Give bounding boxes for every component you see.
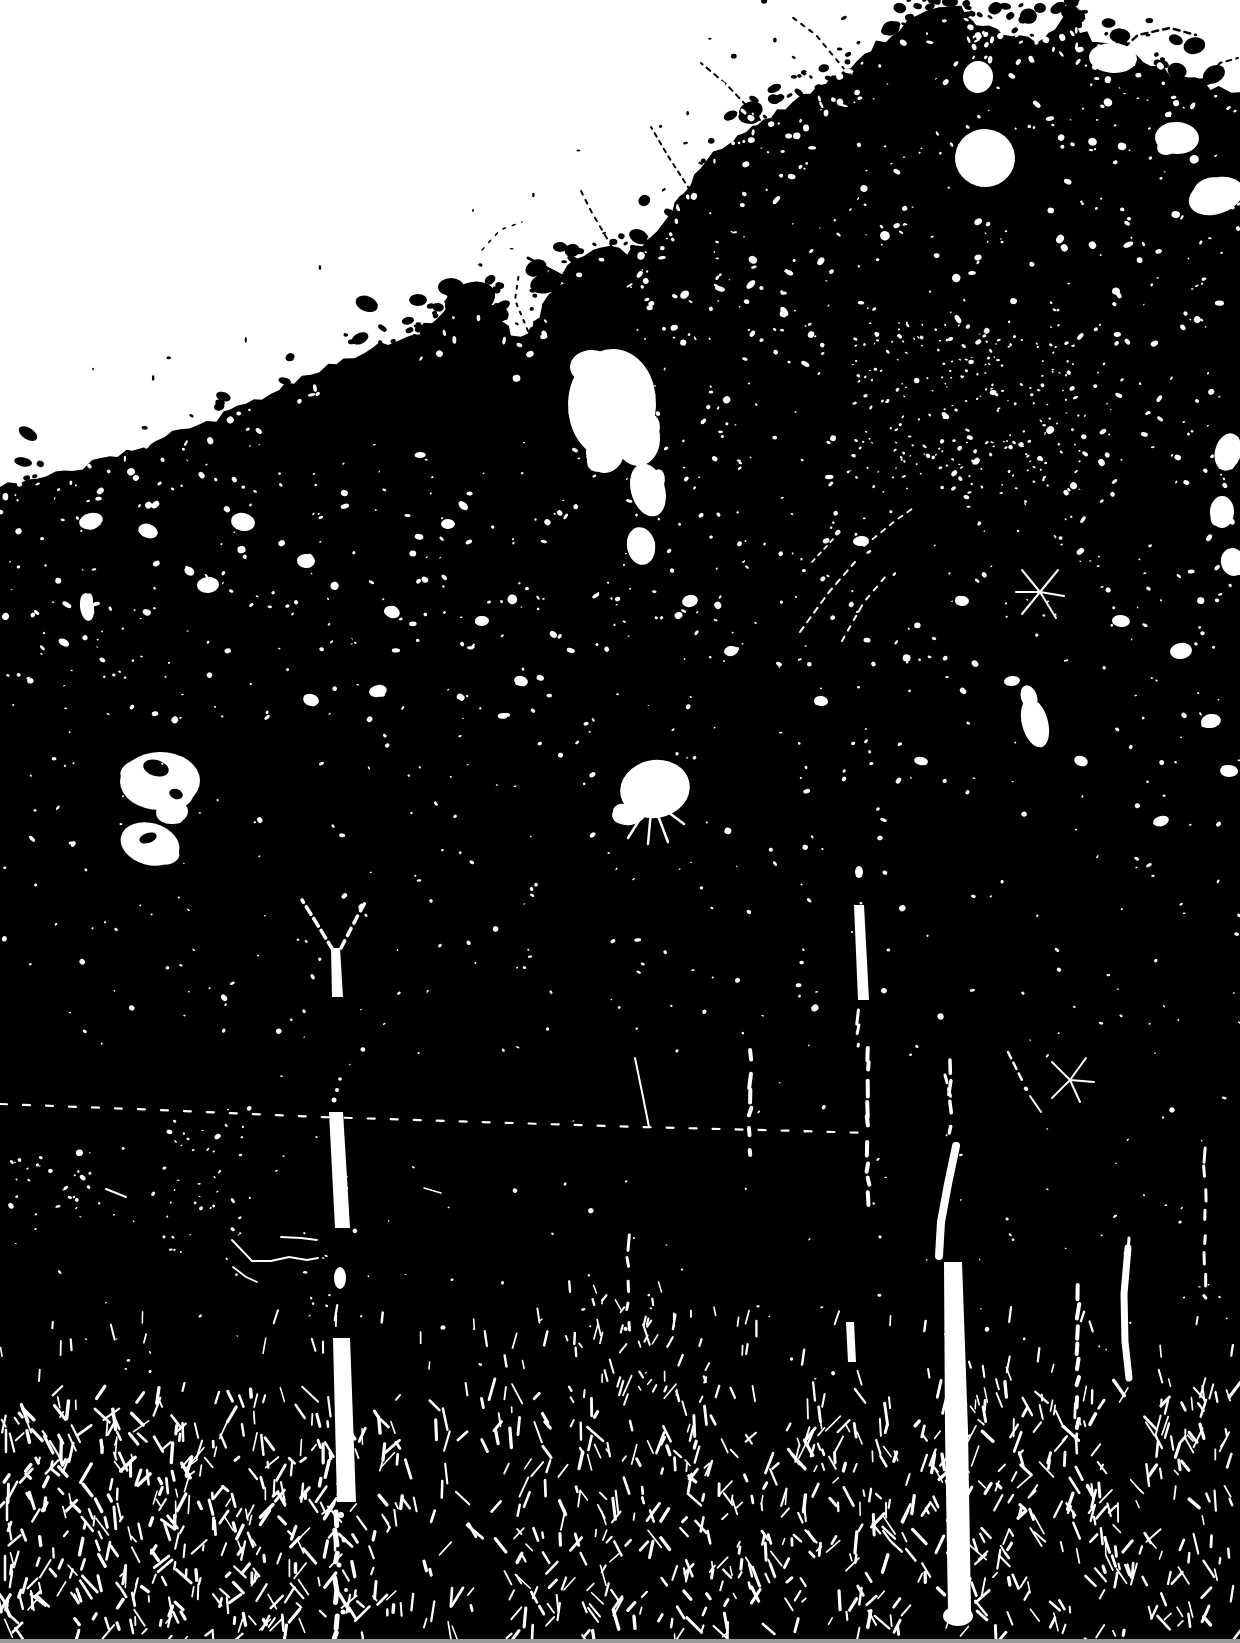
thresholded-orchard-photo xyxy=(0,0,1240,1643)
binary-image-canvas xyxy=(0,0,1240,1643)
